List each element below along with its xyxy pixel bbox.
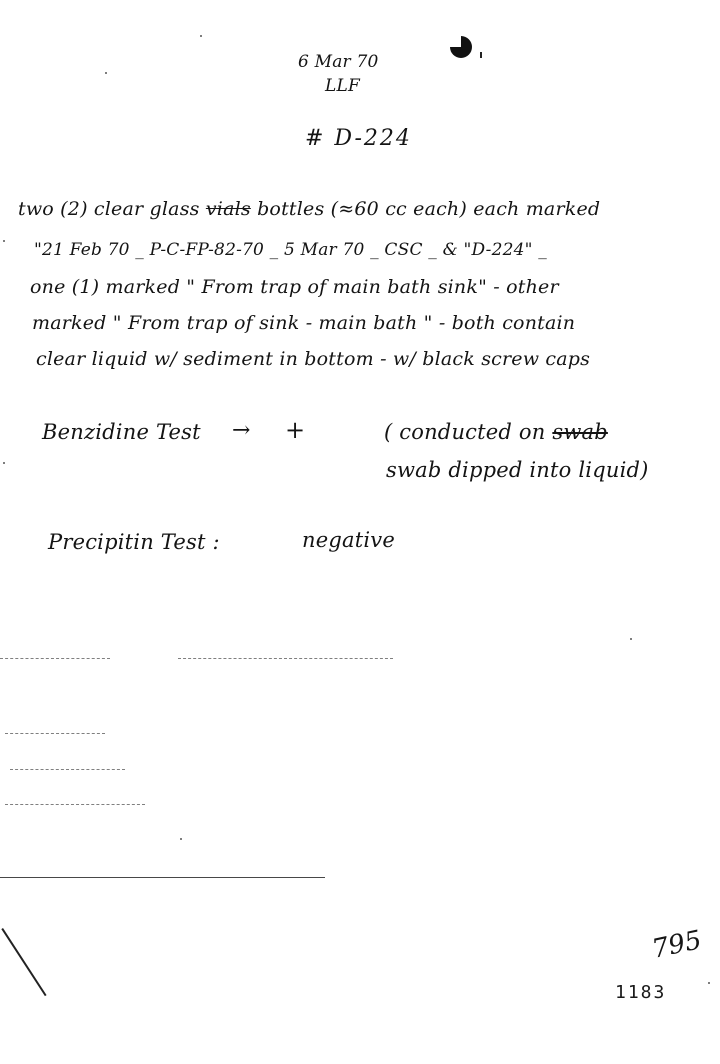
description-line-5: clear liquid w/ sediment in bottom - w/ … xyxy=(36,348,590,370)
scan-speck xyxy=(105,72,107,74)
description-line-1-start: two (2) clear glass xyxy=(18,198,206,220)
form-rule xyxy=(178,658,393,659)
precipitin-test-result: negative xyxy=(302,528,395,552)
note-date: 6 Mar 70 xyxy=(298,52,379,72)
scan-speck xyxy=(630,638,632,640)
description-line-3: one (1) marked " From trap of main bath … xyxy=(30,276,559,298)
benzidine-note-line-1: ( conducted on swab xyxy=(384,420,608,444)
form-rule xyxy=(5,804,145,805)
examiner-initials: LLF xyxy=(325,76,360,96)
form-rule xyxy=(10,769,125,770)
description-line-2: "21 Feb 70 _ P-C-FP-82-70 _ 5 Mar 70 _ C… xyxy=(34,240,547,260)
description-line-4: marked " From trap of sink - main bath "… xyxy=(32,312,575,334)
description-line-1: two (2) clear glass vials bottles (≈60 c… xyxy=(18,198,600,220)
form-rule xyxy=(0,877,325,878)
benzidine-note-struck: swab xyxy=(552,420,608,444)
scan-tick-mark xyxy=(480,52,482,58)
form-rule xyxy=(5,733,105,734)
benzidine-test-label: Benzidine Test xyxy=(42,420,201,444)
description-line-1-end: bottles (≈60 cc each) each marked xyxy=(251,198,600,220)
scan-speck xyxy=(3,240,5,242)
arrow-icon: → xyxy=(232,418,251,443)
scan-speck xyxy=(3,462,5,464)
scan-speck xyxy=(180,838,182,840)
page-number: 1183 xyxy=(615,982,666,1003)
diagonal-mark xyxy=(2,928,47,996)
handwritten-folio-number: 795 xyxy=(649,925,704,965)
benzidine-note-line-2: swab dipped into liquid) xyxy=(386,458,649,482)
hole-punch-mark xyxy=(450,36,472,58)
scan-speck xyxy=(708,982,710,984)
exhibit-number: # D-224 xyxy=(305,126,412,151)
benzidine-note-start: ( conducted on xyxy=(384,420,552,444)
form-rule xyxy=(0,658,110,659)
struck-word: vials xyxy=(206,198,251,220)
precipitin-test-label: Precipitin Test : xyxy=(48,530,220,554)
benzidine-test-result: + xyxy=(285,416,305,444)
scan-speck xyxy=(200,35,202,37)
